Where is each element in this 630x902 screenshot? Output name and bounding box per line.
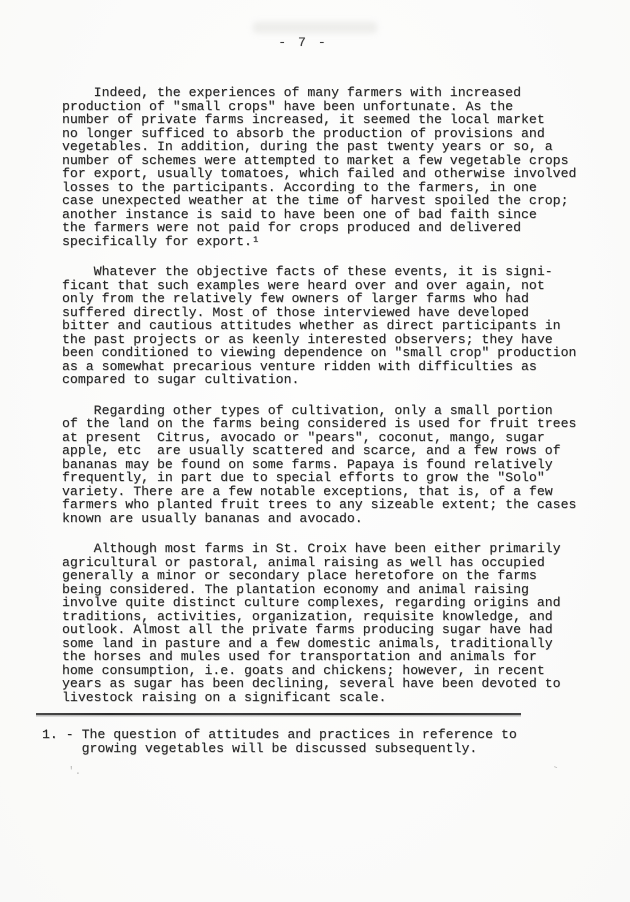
scan-artifact: '. — [68, 766, 81, 778]
scan-artifact: - — [550, 761, 560, 775]
paragraph-4: Although most farms in St. Croix have be… — [62, 542, 602, 704]
footnote: 1. - The question of attitudes and pract… — [42, 728, 582, 756]
document-body: Indeed, the experiences of many farmers … — [62, 86, 602, 721]
footnote-divider — [36, 713, 521, 715]
page-number: - 7 - — [62, 35, 544, 50]
paragraph-1: Indeed, the experiences of many farmers … — [62, 86, 602, 248]
paragraph-2: Whatever the objective facts of these ev… — [62, 265, 602, 387]
scan-smudge — [253, 22, 377, 33]
paragraph-3: Regarding other types of cultivation, on… — [62, 404, 602, 526]
scanned-document-page: - 7 - Indeed, the experiences of many fa… — [0, 0, 630, 902]
